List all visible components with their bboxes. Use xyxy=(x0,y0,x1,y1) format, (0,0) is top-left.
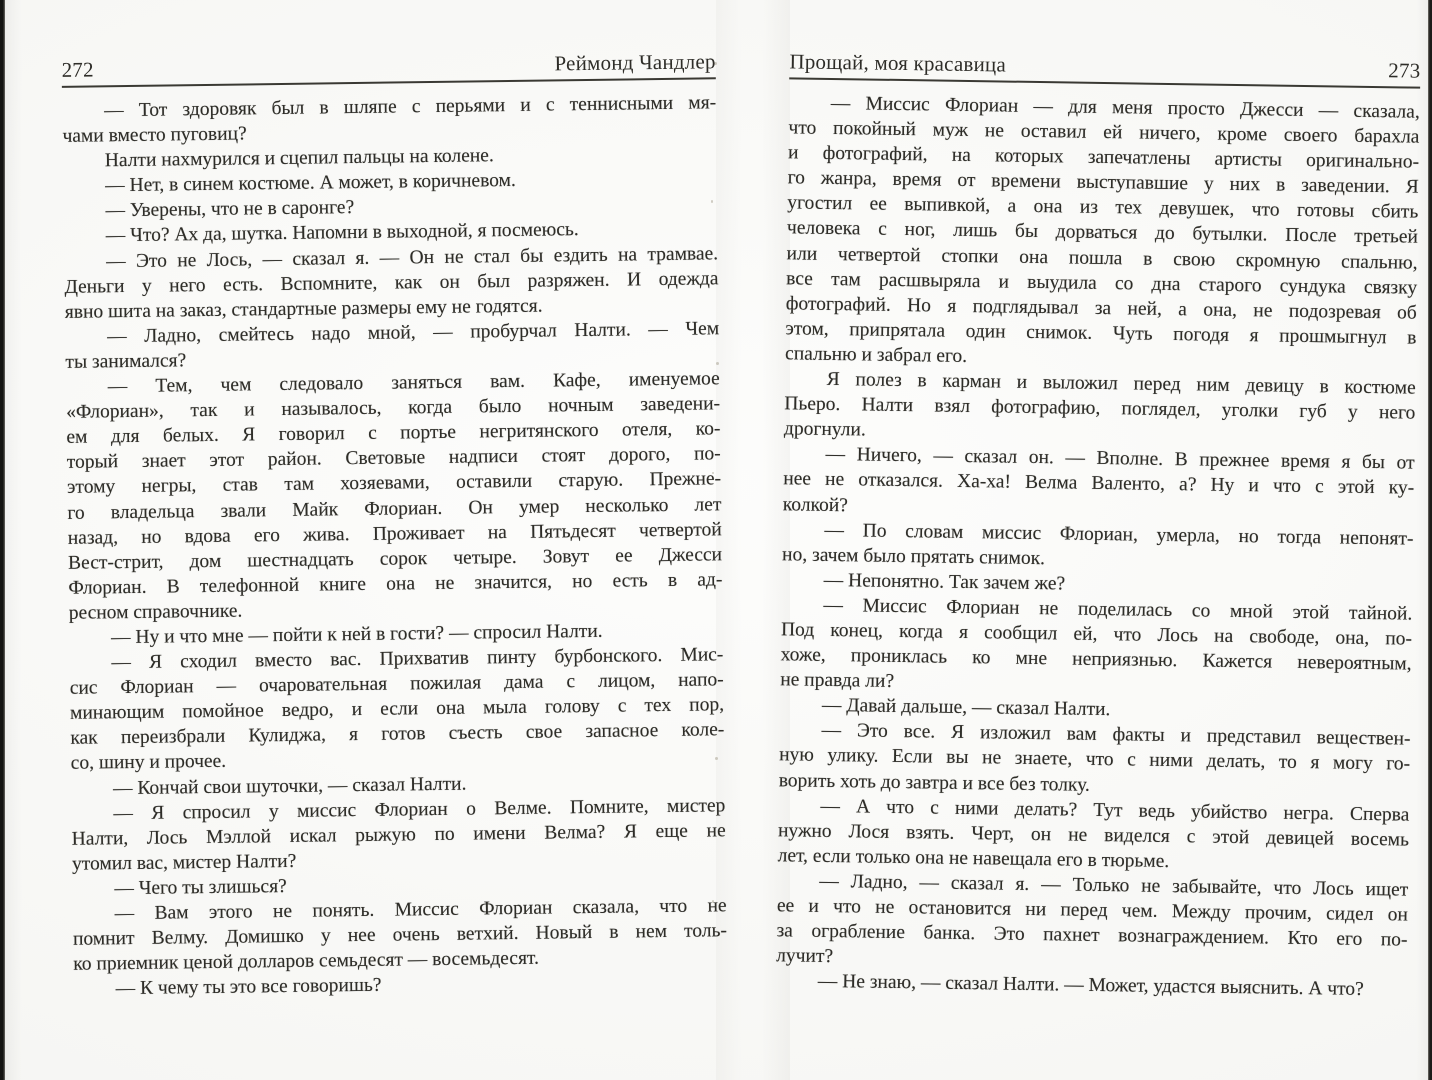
left-page: 272 Реймонд Чандлер — Тот здоровяк был в… xyxy=(61,0,729,1080)
right-page-body: — Миссис Флориан — для меня просто Джесс… xyxy=(776,90,1420,1003)
photo-edge-right xyxy=(1428,0,1432,1080)
page-number: 272 xyxy=(61,57,93,82)
book-spread: 272 Реймонд Чандлер — Тот здоровяк был в… xyxy=(0,0,1432,1080)
right-page: Прощай, моя красавица 273 — Миссис Флори… xyxy=(774,0,1421,1080)
running-title-book: Прощай, моя красавица xyxy=(789,49,1006,77)
photo-edge-left xyxy=(0,0,5,1080)
right-page-header: Прощай, моя красавица 273 xyxy=(789,49,1420,88)
left-page-header: 272 Реймонд Чандлер xyxy=(61,49,715,88)
page-number: 273 xyxy=(1388,58,1420,83)
left-page-body: — Тот здоровяк был в шляпе с перьями и с… xyxy=(62,90,728,1002)
running-title-author: Реймонд Чандлер xyxy=(554,49,715,76)
